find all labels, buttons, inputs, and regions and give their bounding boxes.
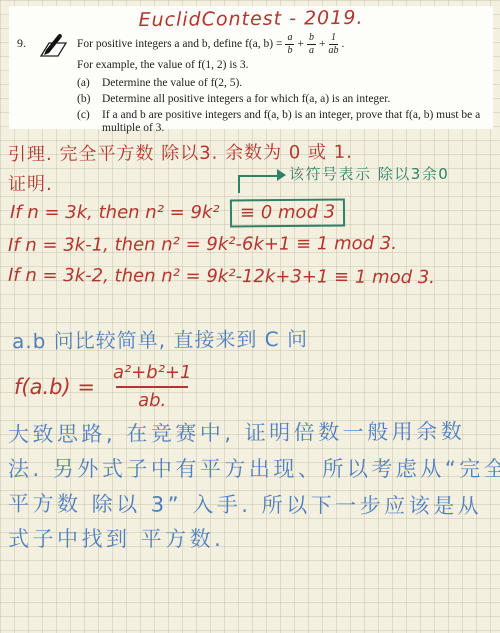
problem-statement: For positive integers a and b, define f(… (77, 31, 493, 138)
part-b-text: Determine all positive integers a for wh… (102, 93, 489, 106)
arrow-head-icon (277, 169, 286, 181)
example-line: For example, the value of f(1, 2) is 3. (77, 59, 489, 71)
part-b: (b) Determine all positive integers a fo… (77, 93, 489, 106)
proof-label: 证明. (8, 170, 53, 196)
lemma-note: 引理. 完全平方数 除以3. 余数为 0 或 1. (8, 138, 353, 166)
part-a: (a) Determine the value of f(2, 5). (77, 77, 489, 90)
case-line-1: If n = 3k, then n² = 9k² ≡ 0 mod 3 (10, 199, 345, 227)
period: . (341, 38, 344, 50)
fraction-b-over-a: b a (307, 33, 316, 56)
case-1-expression: If n = 3k, then n² = 9k² (10, 202, 220, 223)
annotation-arrow-icon (238, 175, 282, 193)
formula-fraction: a²+b²+1 ab. (105, 362, 200, 411)
printed-problem-panel: EuclidContest - 2019. 9. For positive in… (9, 6, 493, 129)
definition-line: For positive integers a and b, define f(… (77, 31, 489, 57)
part-c: (c) If a and b are positive integers and… (77, 109, 489, 135)
part-a-label: (a) (77, 77, 97, 90)
part-c-text: If a and b are positive integers and f(a… (102, 109, 489, 135)
boxed-congruence: ≡ 0 mod 3 (240, 202, 335, 224)
modular-box: ≡ 0 mod 3 (230, 198, 345, 227)
formula-lhs: f(a.b) = (14, 375, 95, 399)
strategy-line-2: 法. 另外式子中有平方出现、所以考虑从“完全 (8, 453, 500, 483)
case-line-3: If n = 3k-2, then n² = 9k²-12k+3+1 ≡ 1 m… (8, 265, 435, 288)
formula-numerator: a²+b²+1 (105, 362, 200, 386)
f-formula: f(a.b) = a²+b²+1 ab. (14, 362, 199, 411)
notebook-page: EuclidContest - 2019. 9. For positive in… (0, 0, 500, 633)
part-c-label: (c) (77, 109, 97, 135)
fraction-1-over-ab: 1 ab (328, 33, 338, 56)
problem-parts: (a) Determine the value of f(2, 5). (b) … (77, 77, 489, 135)
intro-text: For positive integers a and b, define f(… (77, 38, 282, 50)
problem-9: 9. For positive integers a and b, define… (9, 31, 493, 138)
strategy-line-3: 平方数 除以 3” 入手. 所以下一步应该是从 (8, 488, 482, 520)
blue-remark: a.b 问比较简单, 直接来到 C 问 (12, 323, 308, 355)
part-a-text: Determine the value of f(2, 5). (102, 77, 489, 90)
fraction-a-over-b: a b (285, 33, 294, 56)
strategy-line-1: 大致思路, 在竞赛中, 证明倍数一般用余数 (8, 415, 465, 448)
plus-sign: + (297, 38, 304, 50)
problem-number: 9. (17, 31, 37, 138)
strategy-line-4: 式子中找到 平方数. (8, 523, 224, 553)
part-b-label: (b) (77, 93, 97, 106)
green-annotation: 该符号表示 除以3余0 (289, 163, 449, 184)
writing-hand-icon (37, 31, 77, 138)
formula-denominator: ab. (116, 386, 188, 411)
plus-sign: + (319, 38, 326, 50)
page-title: EuclidContest - 2019. (9, 5, 493, 32)
case-line-2: If n = 3k-1, then n² = 9k²-6k+1 ≡ 1 mod … (8, 233, 397, 256)
